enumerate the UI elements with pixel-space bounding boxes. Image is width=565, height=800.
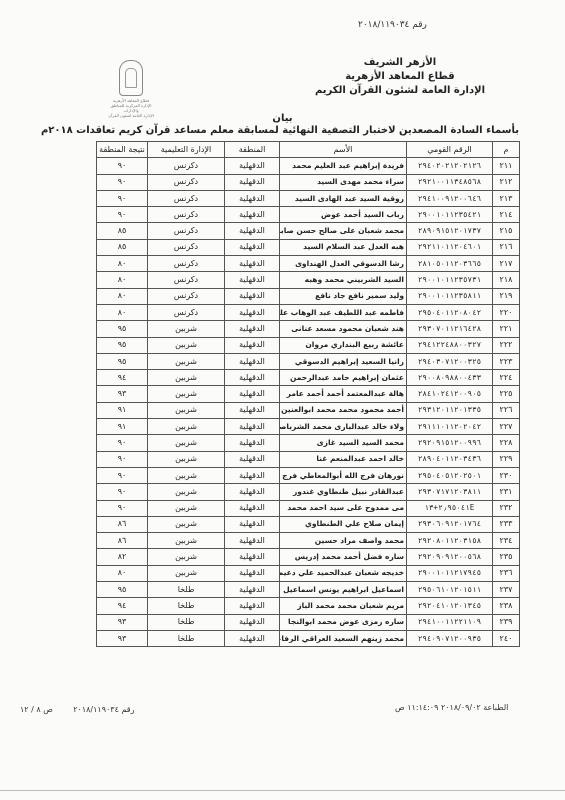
region-score-cell: ٩٠ [97, 451, 148, 467]
row-number-cell: ٢٣٢ [493, 500, 520, 516]
education-department-cell: دكرنس [148, 304, 225, 320]
national-id-cell: ٢٩٣٠٦٠٩١٢٠١٧٦٤ [407, 516, 493, 532]
region-score-cell: ٩٣ [97, 386, 148, 402]
region-score-cell: ٨٢ [97, 549, 148, 565]
row-number-cell: ٢٤٠ [493, 630, 520, 646]
candidate-name-cell: ساره رمزى عوض محمد ابوالنجا [280, 614, 407, 630]
region-cell: الدقهلية [225, 337, 280, 353]
region-score-cell: ٩٣ [97, 630, 148, 646]
row-number-cell: ٢١٣ [493, 190, 520, 206]
row-number-cell: ٢٢٣ [493, 353, 520, 369]
education-department-cell: شربين [148, 451, 225, 467]
region-cell: الدقهلية [225, 223, 280, 239]
candidate-name-cell: عائشة ربيع البنداري مروان [280, 337, 407, 353]
region-score-cell: ٩٠ [97, 500, 148, 516]
row-number-cell: ٢٣٠ [493, 467, 520, 483]
row-number-cell: ٢٢١ [493, 321, 520, 337]
education-department-cell: شربين [148, 419, 225, 435]
national-id-cell: ٢٩٢٠٤١٠١٢٠١٣٤٥ [407, 598, 493, 614]
region-score-cell: ٩٥ [97, 353, 148, 369]
candidate-name-cell: هند شعبان محمود مسعد عنانى [280, 321, 407, 337]
region-score-cell: ٩٠ [97, 190, 148, 206]
table-row: ٢٣٧٢٩٥٠٦١٠١٢٠١٥١١اسماعيل ابراهيم يونس اس… [97, 582, 520, 598]
print-timestamp: الطباعة ٢٠١٨/٠٩/٠٢ ١١:١٤:٠٩ ص [395, 703, 508, 712]
table-row: ٢١٢٢٩٢١٠٠١١٣٤٨٥٦٨سراء محمد مهدى السيدالد… [97, 174, 520, 190]
region-score-cell: ٩٤ [97, 598, 148, 614]
footer-reference-number: رقم ٢٠١٨/١١٩٠٣٤ [73, 705, 134, 714]
row-number-cell: ٢٢٠ [493, 304, 520, 320]
region-cell: الدقهلية [225, 321, 280, 337]
table-row: ٢٣٢٢٫٩٥٠٤١E+١٣مى ممدوح على سيد احمد محمد… [97, 500, 520, 516]
national-id-cell: ٢٫٩٥٠٤١E+١٣ [407, 500, 493, 516]
candidates-table: م الرقم القومي الأسم المنطقة الإدارة الت… [96, 141, 520, 647]
candidate-name-cell: خالد احمد عبدالمنعم غنا [280, 451, 407, 467]
region-cell: الدقهلية [225, 174, 280, 190]
national-id-cell: ٢٩٢٠٩١٥١٢٠٠٩٩٦ [407, 435, 493, 451]
region-score-cell: ٩١ [97, 419, 148, 435]
candidate-name-cell: محمد زينهم السعيد العراقي الرفاعي [280, 630, 407, 646]
table-row: ٢٣٨٢٩٢٠٤١٠١٢٠١٣٤٥مريم شعبان محمد محمد ال… [97, 598, 520, 614]
region-cell: الدقهلية [225, 435, 280, 451]
table-row: ٢٣٠٢٩٥٠٤٠٥١٢٠٢٥٠١نورهان فرج الله أبوالمع… [97, 467, 520, 483]
region-score-cell: ٨٥ [97, 223, 148, 239]
candidate-name-cell: روقية السيد عبد الهادى السيد [280, 190, 407, 206]
table-row: ٢١٩٢٩٠٠١٠١١٢٣٥٨١١وليد سمير نافع جاد نافع… [97, 288, 520, 304]
row-number-cell: ٢٢٧ [493, 419, 520, 435]
national-id-cell: ٢٩٥٠٤٠٥١٢٠٢٥٠١ [407, 467, 493, 483]
footer-reference: رقم ٢٠١٨/١١٩٠٣٤ ص ٨ / ١٢ [20, 705, 134, 714]
org-line: قطاع المعاهد الأزهرية [315, 70, 485, 84]
region-score-cell: ٩٠ [97, 207, 148, 223]
table-row: ٢٣٥٢٩٢٠٩٠٩١٢٠٠٥٦٨ساره فضل أحمد محمد إدري… [97, 549, 520, 565]
organization-header: الأزهر الشريف قطاع المعاهد الأزهرية الإد… [315, 56, 485, 98]
region-score-cell: ٨٠ [97, 256, 148, 272]
education-department-cell: شربين [148, 565, 225, 581]
region-score-cell: ٨٠ [97, 565, 148, 581]
region-cell: الدقهلية [225, 158, 280, 174]
candidate-name-cell: محمد واصف مراد حسين [280, 533, 407, 549]
region-cell: الدقهلية [225, 386, 280, 402]
national-id-cell: ٢٩٤١٢٢٤٨٨٠٠٣٢٧ [407, 337, 493, 353]
row-number-cell: ٢٢٢ [493, 337, 520, 353]
education-department-cell: شربين [148, 370, 225, 386]
candidate-name-cell: ولاء خالد عبدالبارى محمد الشرباصي [280, 419, 407, 435]
table-row: ٢٣٩٢٩٤١٠٠١١٢٢١١٠٩ساره رمزى عوض محمد ابوا… [97, 614, 520, 630]
national-id-cell: ٢٩٤٠٣٠٧١٢٠٠٣٢٥ [407, 353, 493, 369]
row-number-cell: ٢١٢ [493, 174, 520, 190]
row-number-cell: ٢١٨ [493, 272, 520, 288]
region-score-cell: ٨٠ [97, 272, 148, 288]
candidate-name-cell: وليد سمير نافع جاد نافع [280, 288, 407, 304]
candidate-name-cell: خديجه شعبان عبدالحميد علي دعيم [280, 565, 407, 581]
region-cell: الدقهلية [225, 598, 280, 614]
region-score-cell: ٨٥ [97, 239, 148, 255]
region-score-cell: ٩٥ [97, 321, 148, 337]
table-row: ٢٢٧٢٩١١١٠١١٢٠٢٠٤٢ولاء خالد عبدالبارى محم… [97, 419, 520, 435]
education-department-cell: شربين [148, 386, 225, 402]
region-score-cell: ٩٠ [97, 484, 148, 500]
national-id-cell: ٢٩٤٠٢٠٢١٢٠٢١٢٦ [407, 158, 493, 174]
national-id-cell: ٢٩٤١٠٠١١٢٢١١٠٩ [407, 614, 493, 630]
region-cell: الدقهلية [225, 272, 280, 288]
row-number-cell: ٢٣٥ [493, 549, 520, 565]
national-id-cell: ٢٨٩٠٩١٥١٢٠١٧٣٧ [407, 223, 493, 239]
row-number-cell: ٢١١ [493, 158, 520, 174]
row-number-cell: ٢١٤ [493, 207, 520, 223]
region-cell: الدقهلية [225, 353, 280, 369]
national-id-cell: ٢٩٢٠٨٠١١٢٠٣١٥٨ [407, 533, 493, 549]
candidate-name-cell: سراء محمد مهدى السيد [280, 174, 407, 190]
col-header-name: الأسم [280, 142, 407, 158]
row-number-cell: ٢٢٥ [493, 386, 520, 402]
region-score-cell: ٩١ [97, 402, 148, 418]
education-department-cell: شربين [148, 533, 225, 549]
region-cell: الدقهلية [225, 304, 280, 320]
national-id-cell: ٢٩٣٠٧١٧١٢٠٣٨١١ [407, 484, 493, 500]
row-number-cell: ٢٣٧ [493, 582, 520, 598]
education-department-cell: دكرنس [148, 288, 225, 304]
candidate-name-cell: مريم شعبان محمد محمد الباز [280, 598, 407, 614]
table-row: ٢٢١٢٩٣٠٧٠١١٢١٦٤٢٨هند شعبان محمود مسعد عن… [97, 321, 520, 337]
region-cell: الدقهلية [225, 467, 280, 483]
national-id-cell: ٢٩٠٠١٠١١٢٣٥٨١١ [407, 288, 493, 304]
row-number-cell: ٢١٦ [493, 239, 520, 255]
candidate-name-cell: محمد شعبان على صالح حسن صابر [280, 223, 407, 239]
row-number-cell: ٢٢٩ [493, 451, 520, 467]
education-department-cell: دكرنس [148, 223, 225, 239]
table-row: ٢١٧٢٨١٠٥٠١١٢٠٣٦٦٥رشا الدسوقي العدل الهند… [97, 256, 520, 272]
row-number-cell: ٢٣٣ [493, 516, 520, 532]
col-header-national-id: الرقم القومي [407, 142, 493, 158]
table-row: ٢٣٦٢٩٠٠١٠١١٢١٧٩٤٥خديجه شعبان عبدالحميد ع… [97, 565, 520, 581]
row-number-cell: ٢٣٨ [493, 598, 520, 614]
candidate-name-cell: هالة عبدالمعتمد أحمد أحمد عامر [280, 386, 407, 402]
region-score-cell: ٨٦ [97, 533, 148, 549]
table-row: ٢٢٤٢٩٠٠٨٠٩٨٨٠٠٤٣٣عثمان إبراهيم حامد عبدا… [97, 370, 520, 386]
region-cell: الدقهلية [225, 419, 280, 435]
table-row: ٢١١٢٩٤٠٢٠٢١٢٠٢١٢٦فريدة إبراهيم عبد العلي… [97, 158, 520, 174]
table-row: ٢٣٤٢٩٢٠٨٠١١٢٠٣١٥٨محمد واصف مراد حسينالدق… [97, 533, 520, 549]
row-number-cell: ٢١٩ [493, 288, 520, 304]
row-number-cell: ٢٢٤ [493, 370, 520, 386]
col-header-score: نتيجة المنطقة [97, 142, 148, 158]
national-id-cell: ٢٩٢٠٩٠٩١٢٠٠٥٦٨ [407, 549, 493, 565]
national-id-cell: ٢٩٢١١٠١١٢٠٤٦٠١ [407, 239, 493, 255]
education-department-cell: شربين [148, 435, 225, 451]
table-row: ٢٢٢٢٩٤١٢٢٤٨٨٠٠٣٢٧عائشة ربيع البنداري مرو… [97, 337, 520, 353]
education-department-cell: شربين [148, 549, 225, 565]
candidate-name-cell: ساره فضل أحمد محمد إدريس [280, 549, 407, 565]
candidate-name-cell: رباب السيد أحمد عوض [280, 207, 407, 223]
table-row: ٢٢٥٢٨٤١٠٢٤١٢٠٠٩٠٥هالة عبدالمعتمد أحمد أح… [97, 386, 520, 402]
candidate-name-cell: فاطمه عبد اللطيف عبد الوهاب علي [280, 304, 407, 320]
education-department-cell: شربين [148, 321, 225, 337]
region-score-cell: ٩٠ [97, 158, 148, 174]
table-row: ٢٢٨٢٩٢٠٩١٥١٢٠٠٩٩٦محمد السيد السيد غازىال… [97, 435, 520, 451]
table-header-row: م الرقم القومي الأسم المنطقة الإدارة الت… [97, 142, 520, 158]
candidate-name-cell: إيمان صلاح علي الطنطاوي [280, 516, 407, 532]
region-cell: الدقهلية [225, 582, 280, 598]
table-row: ٢٢٣٢٩٤٠٣٠٧١٢٠٠٣٢٥رانيا السعيد إبراهيم ال… [97, 353, 520, 369]
education-department-cell: دكرنس [148, 158, 225, 174]
region-cell: الدقهلية [225, 549, 280, 565]
document-subtitle: بأسماء السادة المصعدين لاختبار التصفية ا… [96, 125, 519, 136]
candidate-name-cell: فريدة إبراهيم عبد العليم محمد [280, 158, 407, 174]
region-score-cell: ٩٠ [97, 435, 148, 451]
reference-number-top: رقم ٢٠١٨/١١٩٠٣٤ [358, 20, 427, 30]
candidate-name-cell: عبدالقادر نبيل طنطاوي غندور [280, 484, 407, 500]
education-department-cell: دكرنس [148, 272, 225, 288]
national-id-cell: ٢٩٠٠٨٠٩٨٨٠٠٤٣٣ [407, 370, 493, 386]
candidate-name-cell: نورهان فرج الله أبوالمعاطي فرج الله [280, 467, 407, 483]
row-number-cell: ٢٣٤ [493, 533, 520, 549]
education-department-cell: دكرنس [148, 239, 225, 255]
national-id-cell: ٢٩٠٠١٠١١٢٣٥٧٣١ [407, 272, 493, 288]
table-row: ٢٢٩٢٨٩٠٤٠١١٢٠٣٤٣٦خالد احمد عبدالمنعم غنا… [97, 451, 520, 467]
region-score-cell: ٩٥ [97, 337, 148, 353]
national-id-cell: ٢٩٥٠٦١٠١٢٠١٥١١ [407, 582, 493, 598]
education-department-cell: شربين [148, 516, 225, 532]
region-cell: الدقهلية [225, 565, 280, 581]
region-score-cell: ٨٠ [97, 304, 148, 320]
table-row: ٢١٤٢٩٠٠١٠١١٢٣٥٤٢١رباب السيد أحمد عوضالدق… [97, 207, 520, 223]
table-row: ٢٣٣٢٩٣٠٦٠٩١٢٠١٧٦٤إيمان صلاح علي الطنطاوي… [97, 516, 520, 532]
region-cell: الدقهلية [225, 500, 280, 516]
national-id-cell: ٢٨٤١٠٢٤١٢٠٠٩٠٥ [407, 386, 493, 402]
table-row: ٢٣١٢٩٣٠٧١٧١٢٠٣٨١١عبدالقادر نبيل طنطاوي غ… [97, 484, 520, 500]
region-cell: الدقهلية [225, 370, 280, 386]
region-score-cell: ٩٤ [97, 370, 148, 386]
document-title: بيان [0, 113, 565, 124]
national-id-cell: ٢٨١٠٥٠١١٢٠٣٦٦٥ [407, 256, 493, 272]
col-header-num: م [493, 142, 520, 158]
education-department-cell: طلخا [148, 614, 225, 630]
region-cell: الدقهلية [225, 207, 280, 223]
national-id-cell: ٢٩٣١٢٠١١٢٠١٣٣٥ [407, 402, 493, 418]
row-number-cell: ٢٢٦ [493, 402, 520, 418]
education-department-cell: دكرنس [148, 207, 225, 223]
table-row: ٢١٨٢٩٠٠١٠١١٢٣٥٧٣١السيد الشربيني محمد وهب… [97, 272, 520, 288]
candidate-name-cell: السيد الشربيني محمد وهبه [280, 272, 407, 288]
row-number-cell: ٢٣٩ [493, 614, 520, 630]
region-score-cell: ٨٦ [97, 516, 148, 532]
org-line: الأزهر الشريف [315, 56, 485, 70]
education-department-cell: شربين [148, 484, 225, 500]
national-id-cell: ٢٩٤٠٩٠٧١٢٠٠٩٣٥ [407, 630, 493, 646]
national-id-cell: ٢٩٢١٠٠١١٣٤٨٥٦٨ [407, 174, 493, 190]
candidate-name-cell: محمد السيد السيد غازى [280, 435, 407, 451]
education-department-cell: طلخا [148, 630, 225, 646]
region-score-cell: ٩٠ [97, 467, 148, 483]
candidate-name-cell: هبه العدل عبد السلام السيد [280, 239, 407, 255]
org-line: الإدارة العامة لشئون القرآن الكريم [315, 84, 485, 98]
page-edge-divider [0, 790, 565, 791]
table-row: ٢٢٦٢٩٣١٢٠١١٢٠١٣٣٥أحمد محمود محمد محمد اب… [97, 402, 520, 418]
national-id-cell: ٢٩١١١٠١١٢٠٢٠٤٢ [407, 419, 493, 435]
candidate-name-cell: مى ممدوح على سيد احمد محمد [280, 500, 407, 516]
row-number-cell: ٢١٥ [493, 223, 520, 239]
national-id-cell: ٢٨٩٠٤٠١١٢٠٣٤٣٦ [407, 451, 493, 467]
table-row: ٢٢٠٢٩٥٠٤٠١١٢٠٨٠٤٢فاطمه عبد اللطيف عبد ال… [97, 304, 520, 320]
row-number-cell: ٢١٧ [493, 256, 520, 272]
candidate-name-cell: أحمد محمود محمد محمد ابوالعنين الشهاوى [280, 402, 407, 418]
education-department-cell: شربين [148, 467, 225, 483]
region-cell: الدقهلية [225, 256, 280, 272]
candidate-name-cell: رانيا السعيد إبراهيم الدسوقي [280, 353, 407, 369]
region-score-cell: ٨٠ [97, 288, 148, 304]
row-number-cell: ٢٢٨ [493, 435, 520, 451]
candidate-name-cell: عثمان إبراهيم حامد عبدالرحمن [280, 370, 407, 386]
table-row: ٢١٥٢٨٩٠٩١٥١٢٠١٧٣٧محمد شعبان على صالح حسن… [97, 223, 520, 239]
col-header-department: الإدارة التعليمية [148, 142, 225, 158]
region-cell: الدقهلية [225, 630, 280, 646]
region-cell: الدقهلية [225, 484, 280, 500]
national-id-cell: ٢٩٤١٠٠٩١٢٠٠٦٤٦ [407, 190, 493, 206]
region-cell: الدقهلية [225, 614, 280, 630]
region-score-cell: ٩٠ [97, 174, 148, 190]
row-number-cell: ٢٣٦ [493, 565, 520, 581]
education-department-cell: شربين [148, 337, 225, 353]
region-cell: الدقهلية [225, 239, 280, 255]
national-id-cell: ٢٩٥٠٤٠١١٢٠٨٠٤٢ [407, 304, 493, 320]
col-header-region: المنطقة [225, 142, 280, 158]
azhar-seal-icon [119, 60, 143, 96]
region-cell: الدقهلية [225, 533, 280, 549]
page-number: ص ٨ / ١٢ [20, 705, 53, 714]
table-row: ٢١٣٢٩٤١٠٠٩١٢٠٠٦٤٦روقية السيد عبد الهادى … [97, 190, 520, 206]
table-row: ٢٤٠٢٩٤٠٩٠٧١٢٠٠٩٣٥محمد زينهم السعيد العرا… [97, 630, 520, 646]
education-department-cell: شربين [148, 353, 225, 369]
row-number-cell: ٢٣١ [493, 484, 520, 500]
education-department-cell: دكرنس [148, 256, 225, 272]
education-department-cell: شربين [148, 402, 225, 418]
education-department-cell: دكرنس [148, 174, 225, 190]
education-department-cell: طلخا [148, 598, 225, 614]
region-cell: الدقهلية [225, 402, 280, 418]
table-row: ٢١٦٢٩٢١١٠١١٢٠٤٦٠١هبه العدل عبد السلام ال… [97, 239, 520, 255]
national-id-cell: ٢٩٠٠١٠١١٢٣٥٤٢١ [407, 207, 493, 223]
education-department-cell: دكرنس [148, 190, 225, 206]
region-score-cell: ٩٣ [97, 614, 148, 630]
candidate-name-cell: رشا الدسوقي العدل الهنداوى [280, 256, 407, 272]
candidate-name-cell: اسماعيل ابراهيم يونس اسماعيل [280, 582, 407, 598]
region-cell: الدقهلية [225, 516, 280, 532]
national-id-cell: ٢٩٠٠١٠١١٢١٧٩٤٥ [407, 565, 493, 581]
national-id-cell: ٢٩٣٠٧٠١١٢١٦٤٢٨ [407, 321, 493, 337]
region-cell: الدقهلية [225, 190, 280, 206]
region-score-cell: ٩٥ [97, 582, 148, 598]
region-cell: الدقهلية [225, 451, 280, 467]
region-cell: الدقهلية [225, 288, 280, 304]
education-department-cell: شربين [148, 500, 225, 516]
education-department-cell: طلخا [148, 582, 225, 598]
